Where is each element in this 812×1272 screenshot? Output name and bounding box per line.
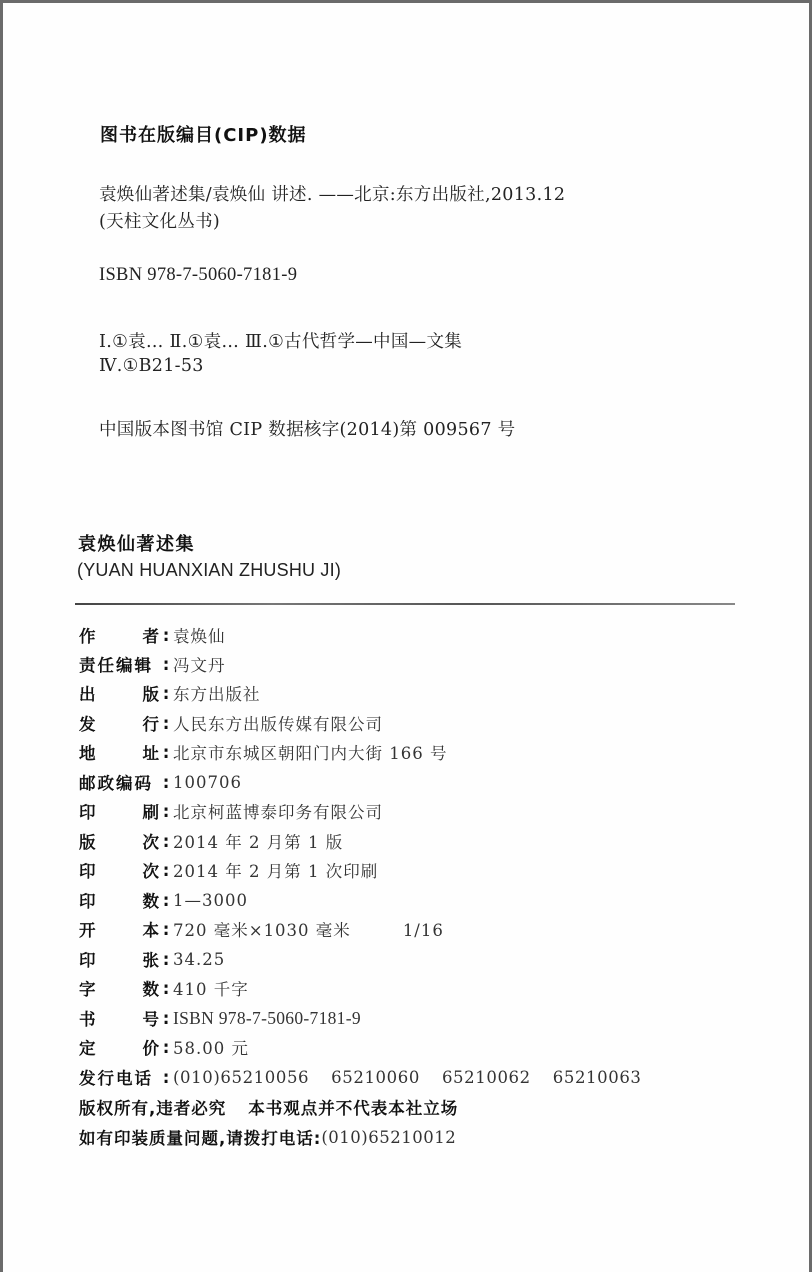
row-value: 2014 年 2 月第 1 版 (173, 829, 343, 853)
quality-contact-text: 如有印装质量问题,请拨打电话: (79, 1125, 321, 1149)
book-title: 袁焕仙著述集 (78, 530, 195, 556)
cip-heading: 图书在版编目(CIP)数据 (100, 121, 307, 147)
row-value: 北京柯蓝博泰印务有限公司 (173, 799, 383, 823)
phone-number: (010)65210056 (173, 1068, 309, 1087)
rights-statement: 版权所有,违者必究本书观点并不代表本社立场 (79, 1095, 458, 1119)
format-fraction: 1/16 (403, 921, 444, 940)
colophon-row-word-count: 字数 : 410 千字 (79, 976, 249, 1000)
row-label: 邮政编码 (79, 770, 159, 794)
book-subtitle-pinyin: (YUAN HUANXIAN ZHUSHU JI) (77, 560, 341, 581)
cip-isbn: ISBN 978-7-5060-7181-9 (99, 265, 297, 286)
row-label: 印刷 (79, 799, 159, 823)
phone-number: 65210062 (442, 1068, 531, 1087)
colophon-row-sales-phone: 发行电话 : (010)6521005665210060652100626521… (79, 1065, 642, 1089)
row-value: 34.25 (173, 950, 225, 969)
row-label: 作者 (79, 623, 159, 647)
row-label: 责任编辑 (79, 652, 159, 676)
colophon-row-publisher: 出版 : 东方出版社 (79, 681, 261, 705)
colophon-row-postcode: 邮政编码 : 100706 (79, 770, 242, 794)
row-label: 字数 (79, 976, 159, 1000)
colophon-row-price: 定价 : 58.00 元 (79, 1035, 249, 1059)
disclaimer-notice: 本书观点并不代表本社立场 (248, 1095, 458, 1119)
phone-number: 65210060 (331, 1068, 420, 1087)
row-value: 58.00 元 (173, 1035, 249, 1059)
row-label: 出版 (79, 681, 159, 705)
colophon-row-edition: 版次 : 2014 年 2 月第 1 版 (79, 829, 343, 853)
row-label: 书号 (79, 1006, 159, 1030)
colophon-row-isbn: 书号 : ISBN 978-7-5060-7181-9 (79, 1006, 361, 1030)
row-label: 版次 (79, 829, 159, 853)
colophon-row-sheets: 印张 : 34.25 (79, 947, 225, 971)
row-value: 东方出版社 (173, 681, 261, 705)
row-value: 100706 (173, 773, 242, 792)
row-value: 北京市东城区朝阳门内大街 166 号 (173, 740, 447, 764)
quality-contact-phone: (010)65210012 (321, 1128, 456, 1147)
colophon-row-printing: 印次 : 2014 年 2 月第 1 次印刷 (79, 858, 378, 882)
row-value: 2014 年 2 月第 1 次印刷 (173, 858, 378, 882)
row-label: 印次 (79, 858, 159, 882)
row-value: 1—3000 (173, 891, 248, 910)
copyright-notice: 版权所有,违者必究 (79, 1095, 226, 1119)
row-label: 定价 (79, 1035, 159, 1059)
colophon-row-editor: 责任编辑 : 冯文丹 (79, 652, 226, 676)
row-label: 印张 (79, 947, 159, 971)
row-value: 410 千字 (173, 976, 249, 1000)
colophon-row-address: 地址 : 北京市东城区朝阳门内大街 166 号 (79, 740, 447, 764)
row-value: 冯文丹 (173, 652, 226, 676)
row-label: 地址 (79, 740, 159, 764)
copyright-page: 图书在版编目(CIP)数据 袁焕仙著述集/袁焕仙 讲述. ——北京:东方出版社,… (0, 0, 812, 1272)
colophon-row-author: 作者 : 袁焕仙 (79, 623, 226, 647)
row-label: 印数 (79, 888, 159, 912)
row-value: ISBN 978-7-5060-7181-9 (173, 1008, 361, 1029)
row-label: 开本 (79, 917, 159, 941)
row-label: 发行 (79, 711, 159, 735)
section-divider (75, 603, 735, 605)
cip-verification-number: 中国版本图书馆 CIP 数据核字(2014)第 009567 号 (99, 416, 515, 441)
row-value: (010)65210056652100606521006265210063 (173, 1068, 642, 1087)
phone-number: 65210063 (553, 1068, 642, 1087)
row-value: 袁焕仙 (173, 623, 226, 647)
colophon-row-printer: 印刷 : 北京柯蓝博泰印务有限公司 (79, 799, 383, 823)
colophon-row-format: 开本 : 720 毫米×1030 毫米1/16 (79, 917, 444, 941)
row-value: 720 毫米×1030 毫米1/16 (173, 917, 444, 941)
colophon-row-distributor: 发行 : 人民东方出版传媒有限公司 (79, 711, 383, 735)
colophon-row-print-run: 印数 : 1—3000 (79, 888, 248, 912)
cip-classification-line-2: Ⅳ.①B21-53 (99, 356, 204, 376)
row-label: 发行电话 (79, 1065, 159, 1089)
cip-record-line-2: (天柱文化丛书) (99, 208, 220, 233)
cip-classification-line-1: Ⅰ.①袁… Ⅱ.①袁… Ⅲ.①古代哲学—中国—文集 (99, 328, 462, 353)
quality-contact: 如有印装质量问题,请拨打电话:(010)65210012 (79, 1125, 456, 1149)
cip-record-line-1: 袁焕仙著述集/袁焕仙 讲述. ——北京:东方出版社,2013.12 (99, 181, 565, 206)
row-value: 人民东方出版传媒有限公司 (173, 711, 383, 735)
